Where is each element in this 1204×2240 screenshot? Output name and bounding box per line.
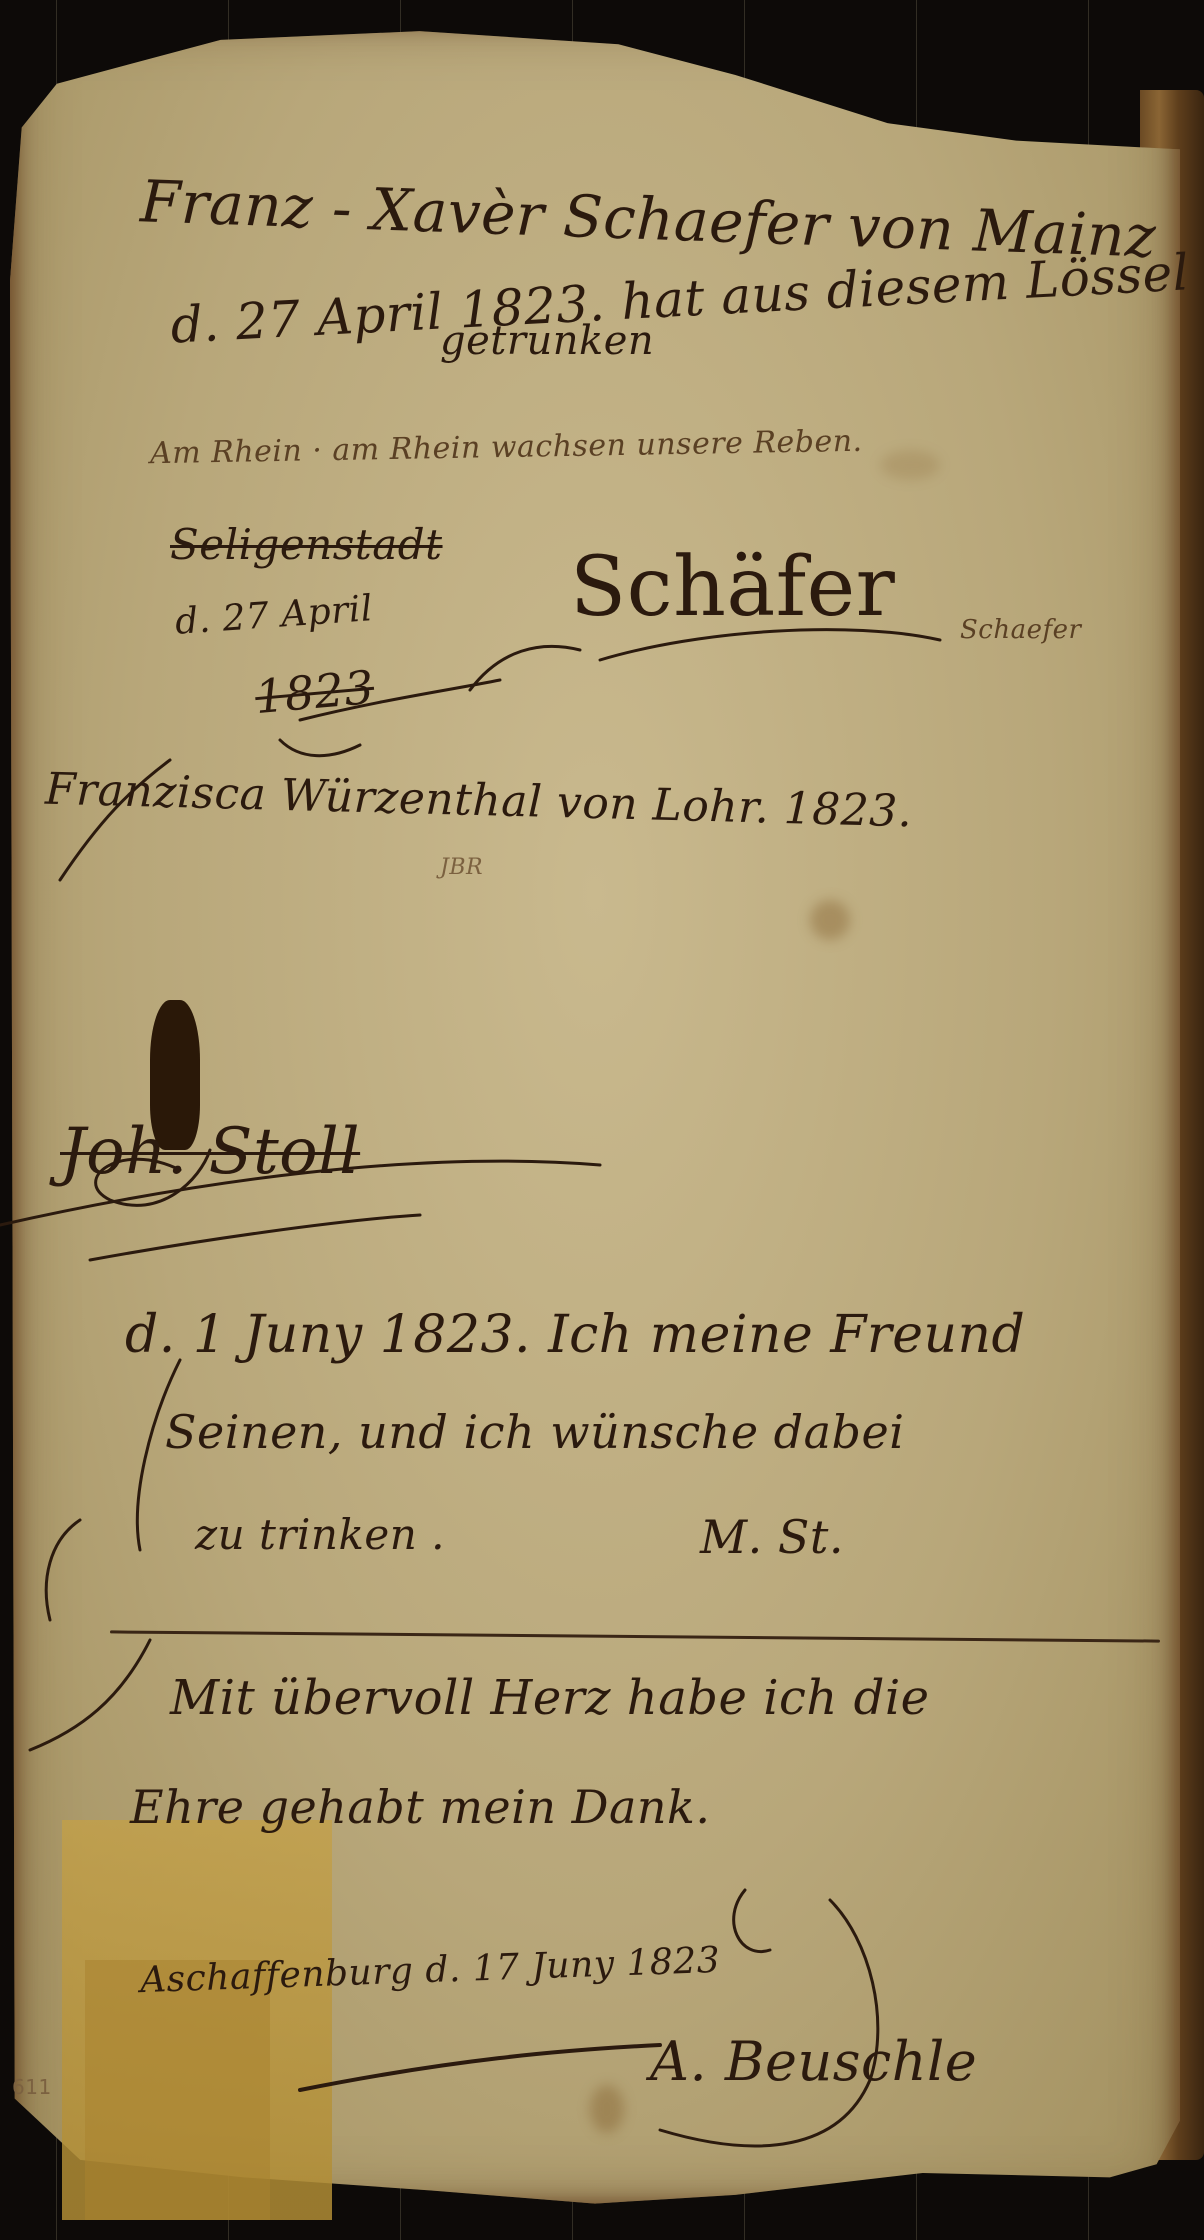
entry-4-line-1: d. 1 Juny 1823. Ich meine Freund	[125, 1305, 1025, 1365]
entry-5-line-2: Ehre gehabt mein Dank.	[130, 1780, 711, 1834]
entry-2-initials: JBR	[440, 855, 483, 880]
entry-3-signature: Joh. Stoll	[60, 1115, 360, 1189]
entry-4-line-3: zu trinken .	[195, 1510, 445, 1559]
entry-4-initials: M. St.	[700, 1510, 844, 1564]
entry-5-signature: A. Beuschle	[650, 2030, 977, 2093]
entry-4-line-2: Seinen, und ich wünsche dabei	[165, 1405, 904, 1459]
entry-5-line-1: Mit übervoll Herz habe ich die	[170, 1670, 930, 1726]
pencil-page-number: 611	[12, 2075, 52, 2099]
